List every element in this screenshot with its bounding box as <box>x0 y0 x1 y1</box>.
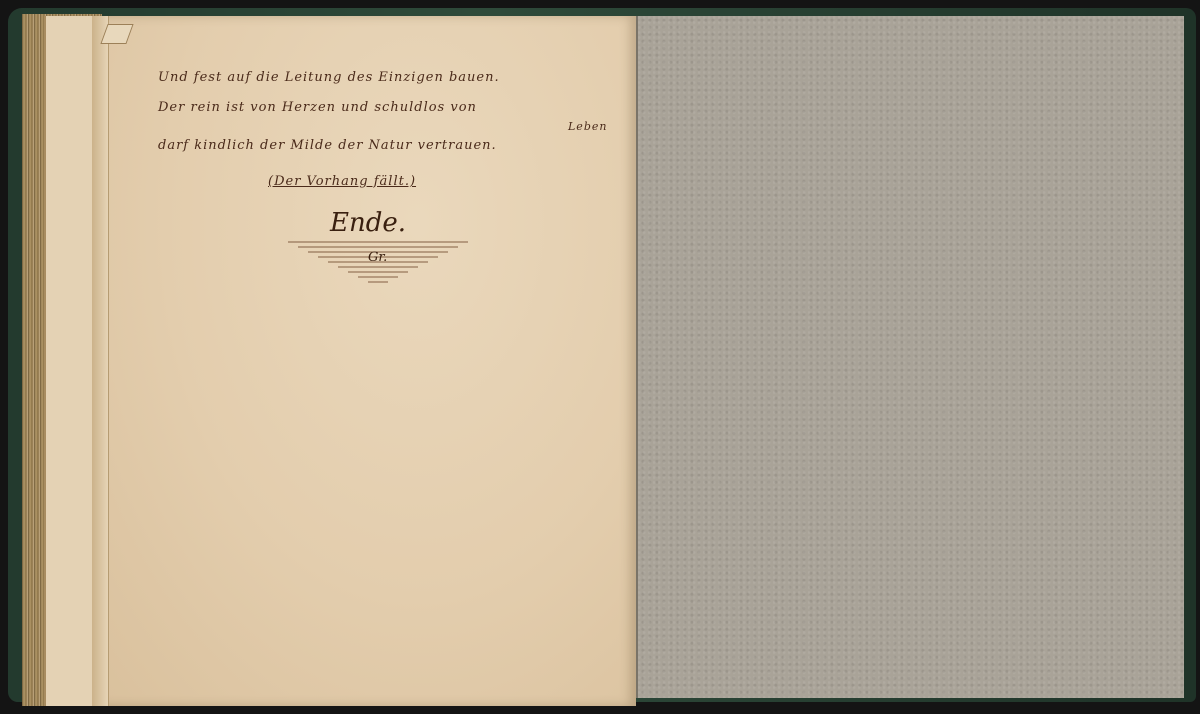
page-fold <box>92 16 109 706</box>
text-line-1: Und fest auf die Leitung des Einzigen ba… <box>158 70 500 85</box>
text-line-insert: Leben <box>568 120 607 133</box>
text-line-3: darf kindlich der Milde der Natur vertra… <box>158 138 497 153</box>
corner-fold <box>100 24 133 44</box>
closing-word: Ende. <box>330 208 406 238</box>
stage-direction: (Der Vorhang fällt.) <box>268 174 416 189</box>
text-line-2: Der rein ist von Herzen und schuldlos vo… <box>158 100 477 115</box>
right-page-blank-endpaper <box>636 16 1184 698</box>
initials: Gr. <box>368 250 387 265</box>
left-page <box>92 16 636 706</box>
